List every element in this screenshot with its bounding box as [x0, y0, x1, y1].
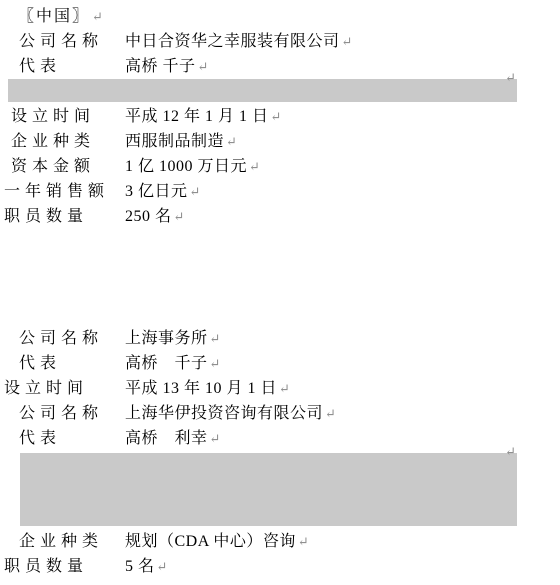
field-value-text: 高桥 千子: [125, 58, 196, 75]
field-row: 公司名称 中日合资华之幸服装有限公司↵: [0, 29, 560, 54]
field-label: 代表: [19, 54, 61, 79]
field-value: 1 亿 1000 万日元↵: [125, 154, 260, 179]
field-row: 企业种类 西服制品制造↵: [0, 129, 560, 154]
field-value-text: 1 亿 1000 万日元: [125, 158, 247, 175]
field-row: 代表 高桥 千子↵: [0, 351, 560, 376]
field-label: 企业种类: [19, 529, 103, 554]
field-label: 代表: [19, 426, 61, 451]
highlight-bar: ↵: [8, 79, 517, 102]
paragraph-mark-icon: ↵: [505, 70, 516, 86]
field-value-text: 高桥 利幸: [125, 430, 208, 447]
field-value: 高桥 利幸↵: [125, 426, 220, 451]
region-title: 〖中国〗: [18, 8, 90, 25]
field-label: 设立时间: [4, 376, 88, 401]
paragraph-mark-icon: ↵: [226, 134, 237, 149]
field-value: 高桥 千子↵: [125, 54, 208, 79]
paragraph-mark-icon: ↵: [174, 209, 185, 224]
field-group: 设立时间 平成 12 年 1 月 1 日↵ 企业种类 西服制品制造↵ 资本金额 …: [0, 104, 560, 229]
field-value-text: 高桥 千子: [125, 355, 208, 372]
paragraph-mark-icon: ↵: [210, 431, 221, 446]
field-value-text: 上海华伊投资咨询有限公司: [125, 405, 323, 422]
field-label: 公司名称: [19, 29, 103, 54]
field-value: 上海事务所↵: [125, 326, 220, 351]
field-row: 代表 高桥 千子↵: [0, 54, 560, 79]
field-value-text: 平成 12 年 1 月 1 日: [125, 108, 269, 125]
paragraph-mark-icon: ↵: [157, 559, 168, 574]
field-value-text: 平成 13 年 10 月 1 日: [125, 380, 277, 397]
field-row: 职员数量 5 名↵: [0, 554, 560, 579]
field-label: 职员数量: [4, 554, 88, 579]
field-value: 西服制品制造↵: [125, 129, 237, 154]
field-value-text: 上海事务所: [125, 330, 208, 347]
field-label: 公司名称: [19, 326, 103, 351]
field-label: 资本金额: [11, 154, 95, 179]
field-row: 企业种类 规划（CDA 中心）咨询↵: [0, 529, 560, 554]
paragraph-mark-icon: ↵: [271, 109, 282, 124]
field-value-text: 西服制品制造: [125, 133, 224, 150]
field-value: 中日合资华之幸服装有限公司↵: [125, 29, 352, 54]
paragraph-mark-icon: ↵: [249, 159, 260, 174]
field-group: 企业种类 规划（CDA 中心）咨询↵ 职员数量 5 名↵: [0, 529, 560, 579]
field-value-text: 5 名: [125, 558, 155, 575]
paragraph-mark-icon: ↵: [505, 444, 516, 460]
blank-gap: [0, 229, 560, 326]
paragraph-mark-icon: ↵: [198, 59, 209, 74]
document-page: 〖中国〗↵ 公司名称 中日合资华之幸服装有限公司↵ 代表 高桥 千子↵ ↵ 设立…: [0, 0, 560, 585]
paragraph-mark-icon: ↵: [342, 34, 353, 49]
paragraph-mark-icon: ↵: [325, 406, 336, 421]
field-value-text: 250 名: [125, 208, 172, 225]
field-value: 平成 13 年 10 月 1 日↵: [125, 376, 290, 401]
field-row: 资本金额 1 亿 1000 万日元↵: [0, 154, 560, 179]
field-value: 250 名↵: [125, 204, 184, 229]
region-title-line: 〖中国〗↵: [0, 4, 560, 29]
field-value: 平成 12 年 1 月 1 日↵: [125, 104, 281, 129]
field-row: 设立时间 平成 13 年 10 月 1 日↵: [0, 376, 560, 401]
field-row: 公司名称 上海华伊投资咨询有限公司↵: [0, 401, 560, 426]
paragraph-mark-icon: ↵: [210, 356, 221, 371]
field-value-text: 3 亿日元: [125, 183, 188, 200]
field-row: 职员数量 250 名↵: [0, 204, 560, 229]
field-label: 企业种类: [11, 129, 95, 154]
field-value: 3 亿日元↵: [125, 179, 200, 204]
field-value-text: 规划（CDA 中心）咨询: [125, 533, 296, 550]
field-value: 规划（CDA 中心）咨询↵: [125, 529, 309, 554]
highlight-block: ↵: [20, 453, 517, 526]
field-value-text: 中日合资华之幸服装有限公司: [125, 33, 340, 50]
field-value: 上海华伊投资咨询有限公司↵: [125, 401, 336, 426]
field-label: 职员数量: [4, 204, 88, 229]
field-label: 代表: [19, 351, 61, 376]
paragraph-mark-icon: ↵: [190, 184, 201, 199]
field-value: 高桥 千子↵: [125, 351, 220, 376]
field-row: 公司名称 上海事务所↵: [0, 326, 560, 351]
field-label: 设立时间: [11, 104, 95, 129]
field-row: 一年销售额 3 亿日元↵: [0, 179, 560, 204]
paragraph-mark-icon: ↵: [279, 381, 290, 396]
field-row: 设立时间 平成 12 年 1 月 1 日↵: [0, 104, 560, 129]
field-label: 公司名称: [19, 401, 103, 426]
paragraph-mark-icon: ↵: [210, 331, 221, 346]
field-value: 5 名↵: [125, 554, 167, 579]
field-group: 公司名称 上海事务所↵ 代表 高桥 千子↵ 设立时间 平成 13 年 10 月 …: [0, 326, 560, 451]
field-label: 一年销售额: [4, 179, 109, 204]
paragraph-mark-icon: ↵: [298, 534, 309, 549]
field-row: 代表 高桥 利幸↵: [0, 426, 560, 451]
paragraph-mark-icon: ↵: [92, 9, 103, 24]
